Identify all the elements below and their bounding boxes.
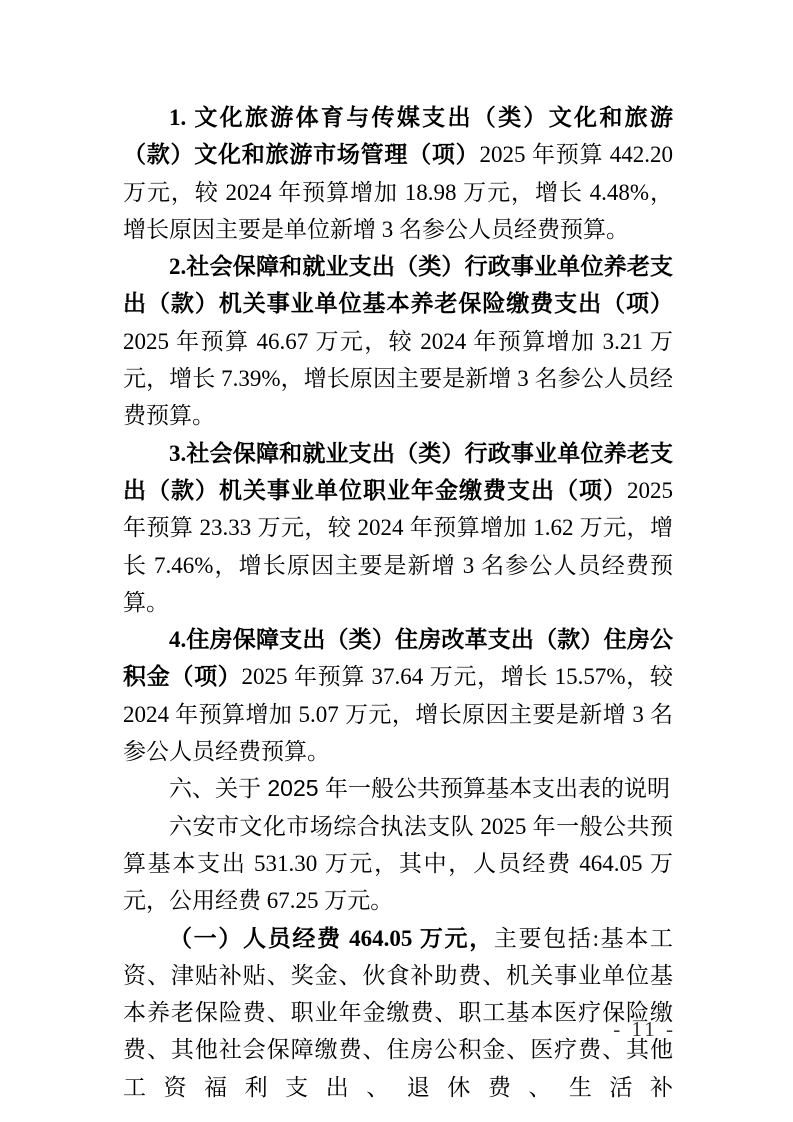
personnel-expense-paragraph: （一）人员经费 464.05 万元，主要包括:基本工资、津贴补贴、奖金、伙食补助…	[123, 920, 673, 1106]
page-number: - 11 -	[613, 1017, 676, 1041]
budget-item-2: 2.社会保障和就业支出（类）行政事业单位养老支出（款）机关事业单位基本养老保险缴…	[123, 248, 673, 434]
personnel-expense-title: （一）人员经费 464.05 万元，	[169, 926, 494, 951]
section-heading: 六、关于 2025 年一般公共预算基本支出表的说明	[123, 770, 673, 807]
budget-item-3: 3.社会保障和就业支出（类）行政事业单位养老支出（款）机关事业单位职业年金缴费支…	[123, 435, 673, 621]
budget-item-3-title: 3.社会保障和就业支出（类）行政事业单位养老支出（款）机关事业单位职业年金缴费支…	[123, 441, 673, 503]
section-intro-paragraph: 六安市文化市场综合执法支队 2025 年一般公共预算基本支出 531.30 万元…	[123, 808, 673, 920]
budget-item-4: 4.住房保障支出（类）住房改革支出（款）住房公积金（项）2025 年预算 37.…	[123, 621, 673, 770]
budget-item-1: 1. 文化旅游体育与传媒支出（类）文化和旅游（款）文化和旅游市场管理（项）202…	[123, 99, 673, 248]
document-body: 1. 文化旅游体育与传媒支出（类）文化和旅游（款）文化和旅游市场管理（项）202…	[123, 99, 673, 1106]
document-page: 1. 文化旅游体育与传媒支出（类）文化和旅游（款）文化和旅游市场管理（项）202…	[0, 0, 793, 1122]
budget-item-2-title: 2.社会保障和就业支出（类）行政事业单位养老支出（款）机关事业单位基本养老保险缴…	[123, 254, 673, 316]
personnel-expense-text: 主要包括:基本工资、津贴补贴、奖金、伙食补助费、机关事业单位基本养老保险费、职业…	[123, 926, 673, 1100]
budget-item-2-text: 2025 年预算 46.67 万元，较 2024 年预算增加 3.21 万元，增…	[123, 329, 673, 429]
